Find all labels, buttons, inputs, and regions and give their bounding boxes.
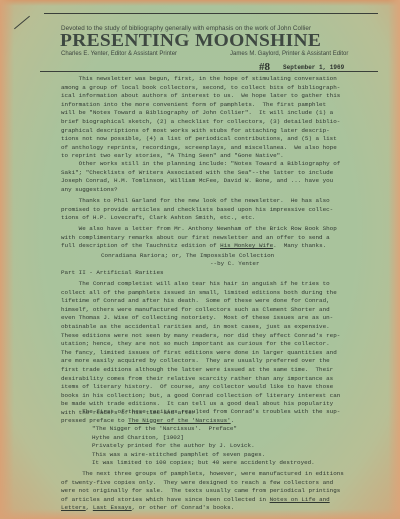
thanks-paragraph: Thanks to Phil Garland for the new look …	[61, 197, 376, 223]
editor-credit: Charles E. Yenter, Editor & Assistant Pr…	[61, 51, 177, 57]
printer-credit: James M. Gaylord, Printer & Assistant Ed…	[230, 51, 348, 57]
article-paragraph: The first of these rarities resulted fro…	[61, 408, 376, 425]
pen-mark	[14, 16, 30, 30]
book-title: His Monkey Wife	[220, 242, 273, 249]
book-title: Notes on Life and	[270, 496, 330, 503]
header-rule	[40, 71, 378, 72]
newsletter-page: Devoted to the study of bibliography gen…	[0, 0, 400, 519]
bibliographic-entry: "The Nigger of the 'Narcissus'. Preface"…	[92, 425, 400, 468]
masthead-title: PRESENTING MOONSHINE	[60, 32, 372, 50]
book-title: Letters	[61, 504, 86, 511]
book-title: The Nigger of the 'Narcissus'	[128, 417, 231, 424]
section-heading: Part II - Artificial Rarities	[61, 269, 376, 278]
intro-paragraph: This newsletter was begun, first, in the…	[61, 75, 376, 161]
planning-paragraph: Other works still in the planning includ…	[61, 160, 376, 194]
letter-paragraph: We also have a letter from Mr. Anthony N…	[61, 225, 376, 251]
article-paragraph: The Conrad completist will also tear his…	[61, 280, 376, 418]
issue-date: September 1, 1969	[283, 64, 344, 71]
paper-edge	[0, 0, 14, 519]
book-title: Last Essays	[93, 504, 132, 511]
paper-edge	[0, 0, 400, 6]
article-byline: --by C. Yenter	[210, 260, 400, 269]
top-rule	[44, 13, 378, 14]
article-paragraph: The next three groups of pamphlets, howe…	[61, 470, 376, 513]
